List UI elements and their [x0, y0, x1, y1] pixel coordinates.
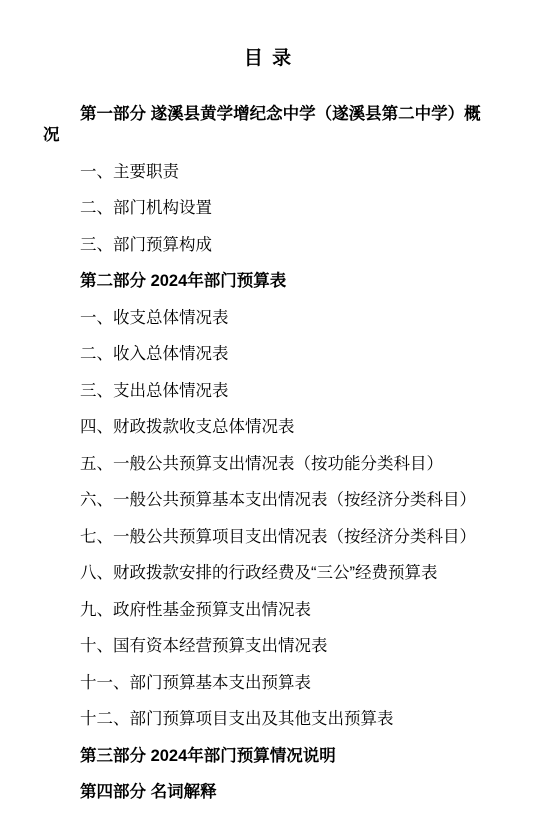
toc-item: 五、一般公共预算支出情况表（按功能分类科目） [43, 454, 494, 475]
toc-section-heading: 第三部分 2024年部门预算情况说明 [43, 746, 494, 767]
toc-item: 四、财政拨款收支总体情况表 [43, 417, 494, 438]
toc-item: 九、政府性基金预算支出情况表 [43, 600, 494, 621]
toc-item: 三、部门预算构成 [43, 235, 494, 256]
toc-item: 八、财政拨款安排的行政经费及“三公”经费预算表 [43, 563, 494, 584]
toc-section-heading: 第一部分 遂溪县黄学增纪念中学（遂溪县第二中学）概况 [43, 104, 494, 146]
toc-item: 一、主要职责 [43, 162, 494, 183]
toc-item: 一、收支总体情况表 [43, 308, 494, 329]
toc-section-heading: 第二部分 2024年部门预算表 [43, 271, 494, 292]
toc-item: 十二、部门预算项目支出及其他支出预算表 [43, 709, 494, 730]
document-page: 目 录 第一部分 遂溪县黄学增纪念中学（遂溪县第二中学）概况一、主要职责二、部门… [0, 0, 534, 825]
toc-section-heading: 第四部分 名词解释 [43, 782, 494, 803]
toc-item: 六、一般公共预算基本支出情况表（按经济分类科目） [43, 490, 494, 511]
toc-item: 十一、部门预算基本支出预算表 [43, 673, 494, 694]
toc-list: 第一部分 遂溪县黄学增纪念中学（遂溪县第二中学）概况一、主要职责二、部门机构设置… [43, 104, 494, 803]
toc-item: 三、支出总体情况表 [43, 381, 494, 402]
toc-item: 二、收入总体情况表 [43, 344, 494, 365]
page-title: 目 录 [43, 46, 494, 72]
toc-item: 二、部门机构设置 [43, 198, 494, 219]
toc-item: 十、国有资本经营预算支出情况表 [43, 636, 494, 657]
toc-item: 七、一般公共预算项目支出情况表（按经济分类科目） [43, 527, 494, 548]
